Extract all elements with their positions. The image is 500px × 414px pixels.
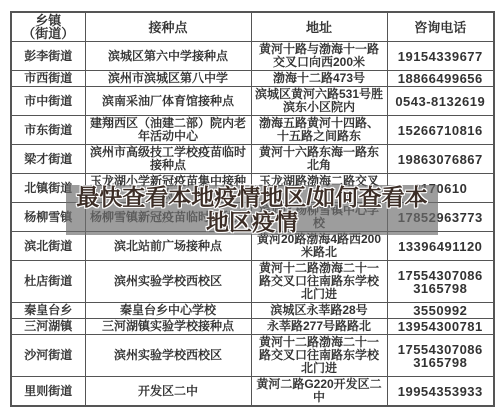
town-cell: 彭李街道 xyxy=(11,42,85,71)
address-cell: 黄河十二路渤海二十一路交叉口往南路东学校北门进 xyxy=(251,261,387,303)
town-cell: 市西街道 xyxy=(11,71,85,87)
site-cell: 建翔西区（油建二部）院内老年活动中心 xyxy=(85,116,251,145)
table-row: 沙河街道滨州实验学校西校区黄河十二路渤海二十一路交叉口往南路东学校北门进1755… xyxy=(11,335,494,377)
site-cell: 滨北站前广场接种点 xyxy=(85,232,251,261)
table-row: 梁才街道滨州市高级技工学校疫苗临时接种点黄河十六路东海一路东北角19863076… xyxy=(11,145,494,174)
column-header: 乡镇 （街道） xyxy=(11,12,85,42)
phone-cell: 19954353933 xyxy=(387,377,494,407)
site-cell: 滨城区第六中学接种点 xyxy=(85,42,251,71)
column-header: 地址 xyxy=(251,12,387,42)
site-cell: 滨州实验学校西校区 xyxy=(85,261,251,303)
table-row: 市西街道滨州市滨城区第八中学渤海十二路473号18866499656 xyxy=(11,71,494,87)
table-row: 里则街道开发区二中黄河二路G220开发区二中19954353933 xyxy=(11,377,494,407)
phone-cell: 0543-8132619 xyxy=(387,87,494,116)
address-cell: 黄河二路G220开发区二中 xyxy=(251,377,387,407)
address-cell: 黄河十六路东海一路东北角 xyxy=(251,145,387,174)
watermark-overlay: 最快查看本地疫情地区/如何查看本 地区疫情 xyxy=(66,185,438,235)
table-row: 秦皇台乡秦皇台乡中心学校滨城区永莘路28号3550992 xyxy=(11,303,494,319)
town-cell: 市中街道 xyxy=(11,87,85,116)
column-header: 接种点 xyxy=(85,12,251,42)
town-cell: 沙河街道 xyxy=(11,335,85,377)
site-cell: 三河湖镇实验学校接种点 xyxy=(85,319,251,335)
phone-cell: 13954300781 xyxy=(387,319,494,335)
header-row: 乡镇 （街道）接种点地址咨询电话 xyxy=(11,12,494,42)
address-cell: 滨城区黄河六路531号胜滨东小区院内 xyxy=(251,87,387,116)
table-row: 市中街道滨南采油厂体育馆接种点滨城区黄河六路531号胜滨东小区院内0543-81… xyxy=(11,87,494,116)
site-cell: 滨州市滨城区第八中学 xyxy=(85,71,251,87)
table-row: 三河湖镇三河湖镇实验学校接种点永莘路277号路路北13954300781 xyxy=(11,319,494,335)
table-row: 市东街道建翔西区（油建二部）院内老年活动中心渤海五路黄河十四路、十五路之间路东1… xyxy=(11,116,494,145)
address-cell: 黄河十二路渤海二十一路交叉口往南路东学校北门进 xyxy=(251,335,387,377)
town-cell: 梁才街道 xyxy=(11,145,85,174)
table-row: 彭李街道滨城区第六中学接种点黄河十路与渤海十一路交叉口向西200米1915433… xyxy=(11,42,494,71)
town-cell: 市东街道 xyxy=(11,116,85,145)
site-cell: 滨南采油厂体育馆接种点 xyxy=(85,87,251,116)
site-cell: 滨州实验学校西校区 xyxy=(85,335,251,377)
address-cell: 滨城区永莘路28号 xyxy=(251,303,387,319)
town-cell: 三河湖镇 xyxy=(11,319,85,335)
phone-cell: 17554307086 3165798 xyxy=(387,261,494,303)
overlay-title-line-2: 地区疫情 xyxy=(206,210,298,235)
town-cell: 里则街道 xyxy=(11,377,85,407)
address-cell: 渤海十二路473号 xyxy=(251,71,387,87)
phone-cell: 17554307086 3165798 xyxy=(387,335,494,377)
town-cell: 杜店街道 xyxy=(11,261,85,303)
address-cell: 渤海五路黄河十四路、十五路之间路东 xyxy=(251,116,387,145)
phone-cell: 19863076867 xyxy=(387,145,494,174)
town-cell: 秦皇台乡 xyxy=(11,303,85,319)
overlay-title-line-1: 最快查看本地疫情地区/如何查看本 xyxy=(76,185,427,210)
address-cell: 黄河20路渤海4路西200米路北 xyxy=(251,232,387,261)
site-cell: 开发区二中 xyxy=(85,377,251,407)
site-cell: 滨州市高级技工学校疫苗临时接种点 xyxy=(85,145,251,174)
phone-cell: 13396491120 xyxy=(387,232,494,261)
address-cell: 黄河十路与渤海十一路交叉口向西200米 xyxy=(251,42,387,71)
address-cell: 永莘路277号路路北 xyxy=(251,319,387,335)
table-row: 杜店街道滨州实验学校西校区黄河十二路渤海二十一路交叉口往南路东学校北门进1755… xyxy=(11,261,494,303)
phone-cell: 18866499656 xyxy=(387,71,494,87)
town-cell: 滨北街道 xyxy=(11,232,85,261)
site-cell: 秦皇台乡中心学校 xyxy=(85,303,251,319)
page: 乡镇 （街道）接种点地址咨询电话 彭李街道滨城区第六中学接种点黄河十路与渤海十一… xyxy=(0,0,500,414)
phone-cell: 3550992 xyxy=(387,303,494,319)
column-header: 咨询电话 xyxy=(387,12,494,42)
table-row: 滨北街道滨北站前广场接种点黄河20路渤海4路西200米路北13396491120 xyxy=(11,232,494,261)
phone-cell: 15266710816 xyxy=(387,116,494,145)
phone-cell: 19154339677 xyxy=(387,42,494,71)
